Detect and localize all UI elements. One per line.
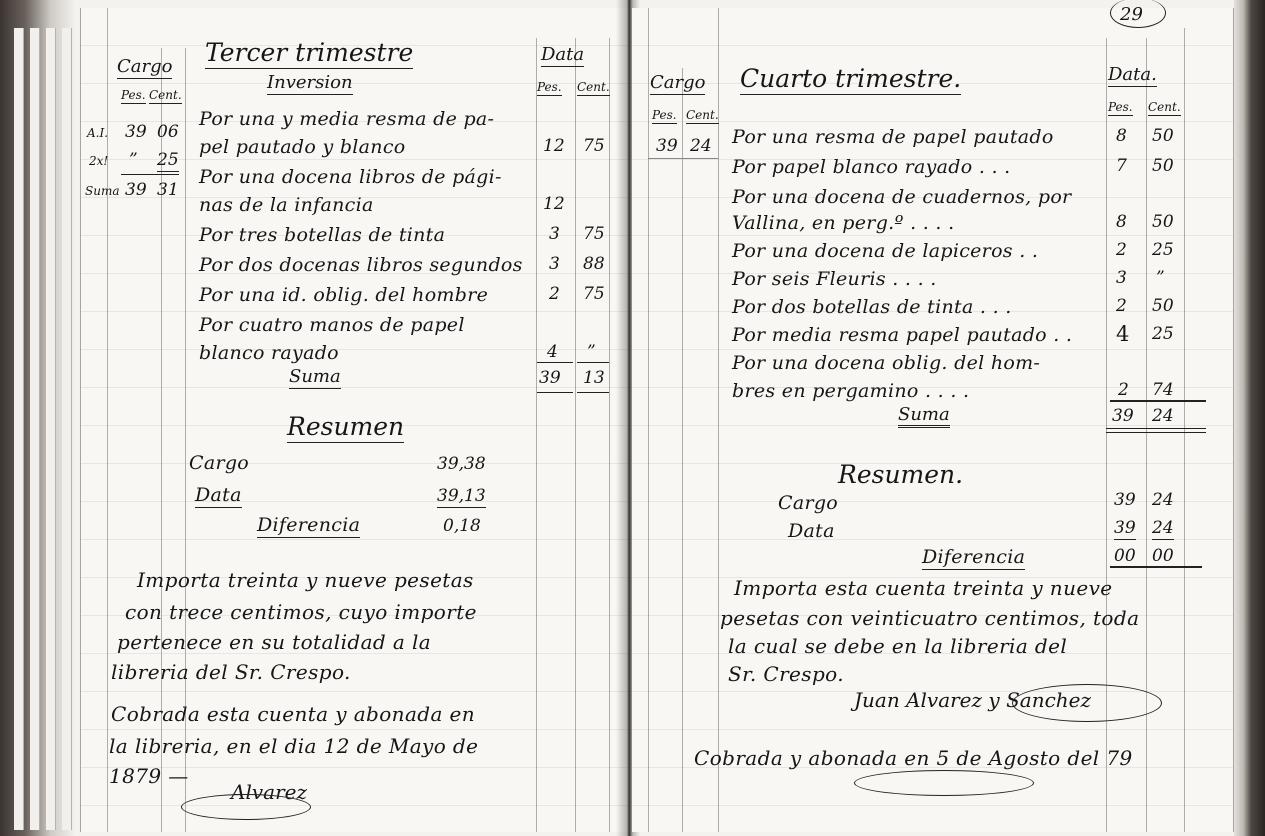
entry-line: Por cuatro manos de papel <box>199 314 465 336</box>
book-edge <box>1234 0 1265 836</box>
cargo-col-pesetas: Pes. <box>652 108 677 124</box>
entry-centimos: 74 <box>1152 380 1174 400</box>
resumen-title: Resumen <box>287 412 404 443</box>
resumen-diferencia-pesetas: 00 <box>1114 546 1136 566</box>
column-rule <box>1184 28 1185 832</box>
note-line: Importa treinta y nueve pesetas <box>137 568 474 592</box>
entry-line: Por una docena de cuadernos, por <box>732 186 1071 208</box>
entry-line: Por dos botellas de tinta . . . <box>732 296 1012 318</box>
cargo-row-label: A.I. <box>87 126 108 140</box>
cargo-row-pesetas: ” <box>129 150 138 170</box>
resumen-cargo-label: Cargo <box>189 452 249 474</box>
data-col-pesetas: Pes. <box>537 80 562 96</box>
page-number-flourish <box>1110 0 1166 28</box>
entry-pesetas: 4 <box>547 342 558 362</box>
entry-line: Por seis Fleuris . . . . <box>732 268 937 290</box>
resumen-cargo-value: 39,38 <box>437 454 486 474</box>
sum-rule <box>1110 400 1206 402</box>
entry-line: Por una id. oblig. del hombre <box>199 284 488 306</box>
entry-centimos: 75 <box>583 136 605 156</box>
signature-flourish <box>181 794 311 820</box>
page-edge <box>30 28 40 830</box>
suma-centimos: 13 <box>583 368 605 388</box>
signature-flourish <box>1012 684 1162 722</box>
column-rule <box>609 38 610 832</box>
cargo-centimos: 24 <box>690 136 712 156</box>
resumen-data-label: Data <box>195 484 242 508</box>
resumen-cargo-centimos: 24 <box>1152 490 1174 510</box>
suma-centimos: 24 <box>1152 406 1174 426</box>
entry-pesetas: 4 <box>1116 322 1129 346</box>
entry-line: bres en pergamino . . . . <box>732 380 969 402</box>
entry-line: Por una y media resma de pa- <box>199 108 494 130</box>
data-heading: Data. <box>1108 64 1157 87</box>
cargo-row-label: 2x! <box>89 154 108 168</box>
resumen-data-value: 39,13 <box>437 486 486 508</box>
entry-pesetas: 3 <box>1116 268 1127 288</box>
cargo-pesetas: 39 <box>656 136 678 156</box>
cargo-row-centimos: 06 <box>157 122 179 142</box>
entry-line: nas de la infancia <box>199 194 374 216</box>
sum-rule <box>121 174 179 175</box>
page-subtitle: Inversion <box>267 72 353 95</box>
suma-pesetas: 39 <box>539 368 561 388</box>
entry-pesetas: 3 <box>549 224 560 244</box>
note-line: pesetas con veinticuatro centimos, toda <box>720 606 1139 630</box>
resumen-cargo-label: Cargo <box>778 492 838 514</box>
entry-pesetas: 2 <box>1118 380 1129 400</box>
cargo-col-centimos: Cent. <box>149 88 182 104</box>
entry-centimos: 25 <box>1152 240 1174 260</box>
row-rule <box>648 158 718 159</box>
entry-centimos: 88 <box>583 254 605 274</box>
entry-centimos: 50 <box>1152 212 1174 232</box>
entry-line: Por papel blanco rayado . . . <box>732 156 1011 178</box>
entry-centimos: 75 <box>583 224 605 244</box>
entry-centimos: 50 <box>1152 156 1174 176</box>
entry-line: Por una docena oblig. del hom- <box>732 352 1040 374</box>
cargo-row-pesetas: 39 <box>125 122 147 142</box>
entry-centimos: ” <box>587 342 596 362</box>
suma-label: Suma <box>289 366 341 389</box>
page-edge <box>62 28 72 830</box>
cargo-heading: Cargo <box>117 56 172 79</box>
cargo-row-centimos: 31 <box>157 180 179 200</box>
resumen-cargo-pesetas: 39 <box>1114 490 1136 510</box>
resumen-diferencia-label: Diferencia <box>257 514 360 538</box>
entry-pesetas: 2 <box>549 284 560 304</box>
entry-pesetas: 3 <box>549 254 560 274</box>
page-edge <box>46 28 56 830</box>
resumen-data-pesetas: 39 <box>1114 518 1136 540</box>
left-page: Cargo Pes. Cent. A.I. 39 06 2x! ” 25 Sum… <box>80 8 628 832</box>
note-line: la cual se debe en la libreria del <box>728 634 1067 658</box>
entry-centimos: ” <box>1156 268 1165 288</box>
entry-line: Por una resma de papel pautado <box>732 126 1054 148</box>
right-page: 29 Cargo Pes. Cent. 39 24 Cuarto trimest… <box>632 8 1234 832</box>
entry-pesetas: 8 <box>1116 126 1127 146</box>
entry-pesetas: 2 <box>1116 296 1127 316</box>
sum-rule <box>537 362 573 363</box>
entry-pesetas: 2 <box>1116 240 1127 260</box>
sum-rule <box>1106 428 1206 429</box>
margin-rule <box>648 8 649 832</box>
cargo-row-pesetas: 39 <box>125 180 147 200</box>
data-heading: Data <box>541 44 584 67</box>
data-col-centimos: Cent. <box>1148 100 1181 116</box>
entry-pesetas: 12 <box>543 136 565 156</box>
entry-line: Por tres botellas de tinta <box>199 224 445 246</box>
sum-rule <box>1106 432 1206 433</box>
entry-line: blanco rayado <box>199 342 339 364</box>
column-rule <box>718 8 719 832</box>
collection-note-line: 1879 — <box>109 764 189 788</box>
entry-centimos: 75 <box>583 284 605 304</box>
resumen-data-centimos: 24 <box>1152 518 1174 540</box>
collection-flourish <box>854 770 1034 796</box>
column-rule <box>536 38 537 832</box>
column-rule <box>575 38 576 832</box>
sum-rule <box>577 362 609 363</box>
resumen-diferencia-label: Diferencia <box>922 546 1025 570</box>
page-title: Tercer trimestre <box>205 38 413 69</box>
collection-note-line: la libreria, en el dia 12 de Mayo de <box>109 734 478 758</box>
resumen-data-label: Data <box>788 520 835 542</box>
data-col-centimos: Cent. <box>577 80 610 96</box>
data-col-pesetas: Pes. <box>1108 100 1133 116</box>
entry-centimos: 50 <box>1152 126 1174 146</box>
cargo-heading: Cargo <box>650 72 705 95</box>
cargo-col-centimos: Cent. <box>686 108 719 124</box>
note-line: Importa esta cuenta treinta y nueve <box>734 576 1113 600</box>
note-line: pertenece en su totalidad a la <box>117 630 431 654</box>
suma-pesetas: 39 <box>1112 406 1134 426</box>
page-edge <box>14 28 24 830</box>
note-line: con trece centimos, cuyo importe <box>125 600 477 624</box>
entry-line: Por media resma papel pautado . . <box>732 324 1072 346</box>
page-title: Cuarto trimestre. <box>740 64 961 95</box>
ledger-book: Cargo Pes. Cent. A.I. 39 06 2x! ” 25 Sum… <box>0 0 1265 836</box>
sum-rule <box>577 392 609 393</box>
collection-note: Cobrada y abonada en 5 de Agosto del 79 <box>694 746 1133 770</box>
sum-rule <box>1110 566 1202 568</box>
entry-pesetas: 7 <box>1116 156 1127 176</box>
entry-line: Vallina, en perg.º . . . . <box>732 212 954 234</box>
resumen-title: Resumen. <box>838 460 963 489</box>
entry-centimos: 50 <box>1152 296 1174 316</box>
collection-note-line: Cobrada esta cuenta y abonada en <box>111 702 475 726</box>
cargo-row-label: Suma <box>85 184 119 198</box>
entry-line: Por una docena de lapiceros . . <box>732 240 1038 262</box>
suma-label: Suma <box>898 404 950 428</box>
entry-line: Por dos docenas libros segundos <box>199 254 523 276</box>
entry-centimos: 25 <box>1152 324 1174 344</box>
entry-pesetas: 12 <box>543 194 565 214</box>
cargo-row-centimos: 25 <box>157 150 179 172</box>
resumen-diferencia-value: 0,18 <box>443 516 481 536</box>
cargo-col-pesetas: Pes. <box>121 88 146 104</box>
sum-rule <box>537 392 573 393</box>
resumen-diferencia-centimos: 00 <box>1152 546 1174 566</box>
entry-pesetas: 8 <box>1116 212 1127 232</box>
entry-line: Por una docena libros de pági- <box>199 166 502 188</box>
note-line: libreria del Sr. Crespo. <box>111 660 351 684</box>
column-rule <box>682 68 683 832</box>
entry-line: pel pautado y blanco <box>199 136 406 158</box>
note-line: Sr. Crespo. <box>728 662 844 686</box>
